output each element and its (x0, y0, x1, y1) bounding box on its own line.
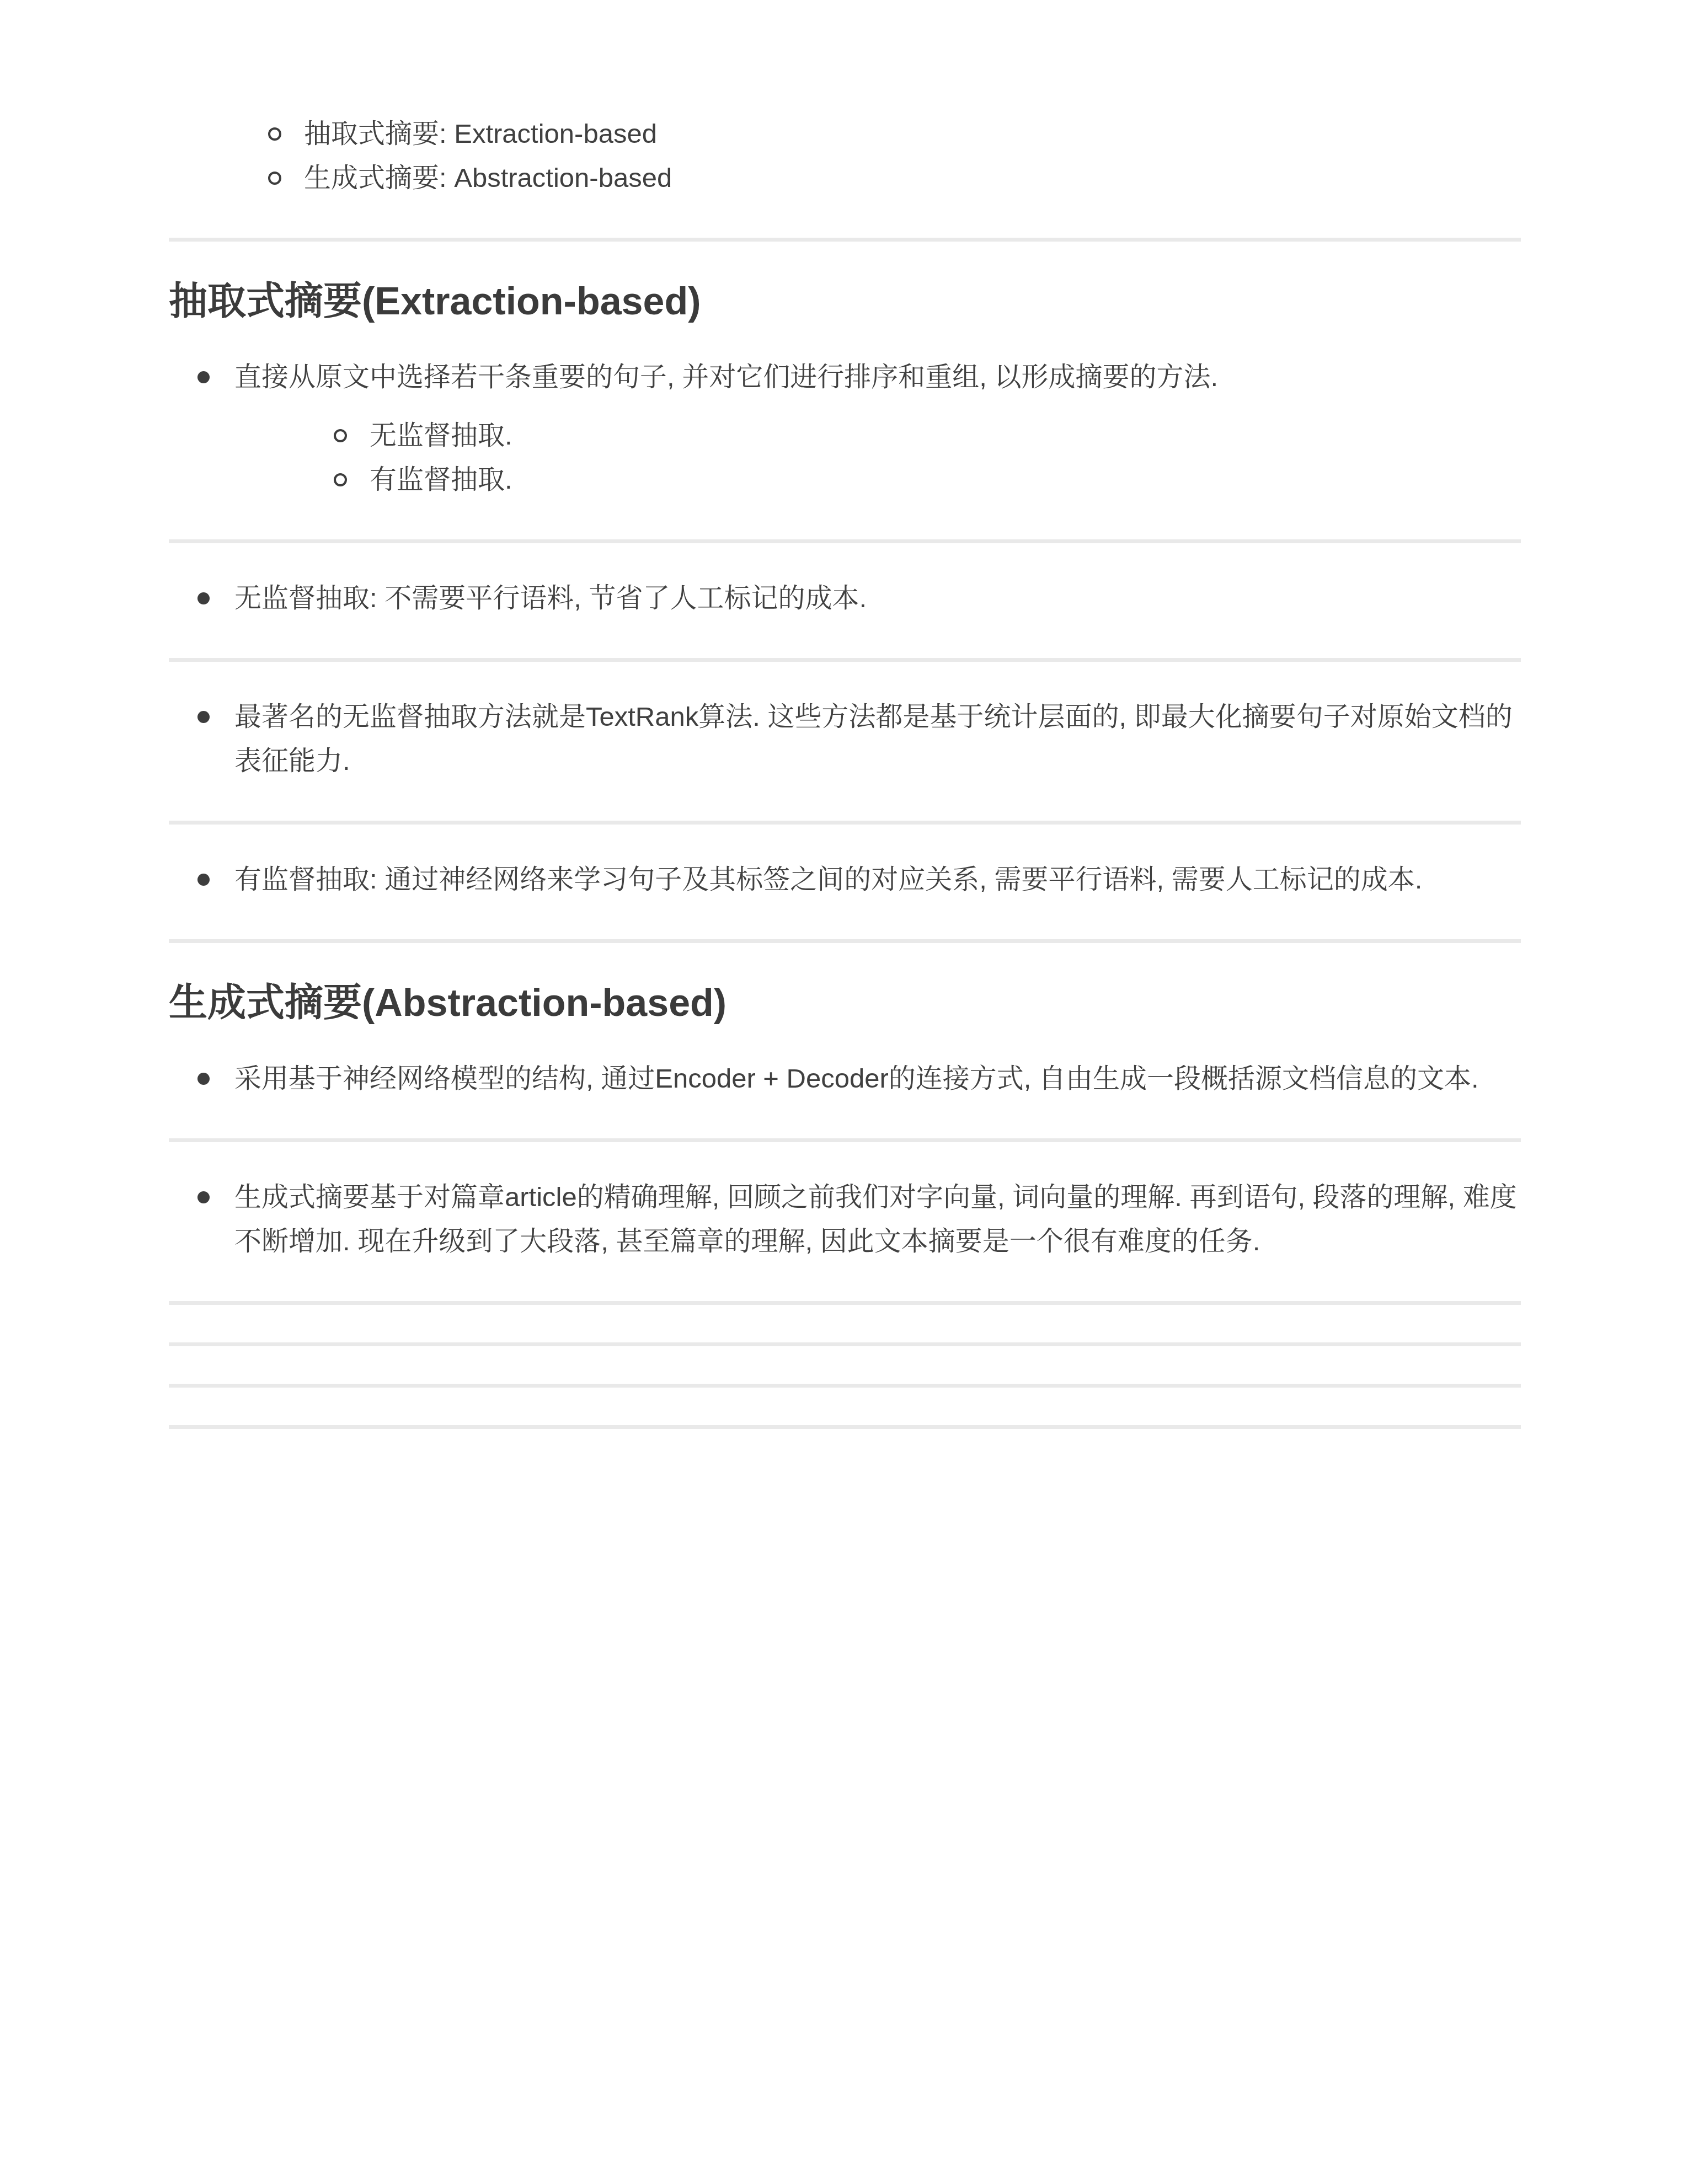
bullet-circle-icon (268, 127, 281, 141)
bullet-disc-icon (197, 711, 210, 723)
list-item-text: 生成式摘要基于对篇章article的精确理解, 回顾之前我们对字向量, 词向量的… (234, 1182, 1517, 1256)
list-item: 无监督抽取: 不需要平行语料, 节省了人工标记的成本. (169, 576, 1521, 620)
list-item: 有监督抽取: 通过神经网络来学习句子及其标签之间的对应关系, 需要平行语料, 需… (169, 858, 1521, 902)
list-item-text: 抽取式摘要: Extraction-based (304, 119, 657, 149)
bullet-circle-icon (268, 172, 281, 185)
list-item: 无监督抽取. (234, 414, 1521, 458)
divider (169, 821, 1521, 825)
divider (169, 539, 1521, 543)
list-item: 直接从原文中选择若干条重要的句子, 并对它们进行排序和重组, 以形成摘要的方法.… (169, 355, 1521, 502)
difficulty-point-list: 生成式摘要基于对篇章article的精确理解, 回顾之前我们对字向量, 词向量的… (169, 1175, 1521, 1264)
list-item-text: 无监督抽取: 不需要平行语料, 节省了人工标记的成本. (234, 584, 867, 613)
list-item-text: 有监督抽取: 通过神经网络来学习句子及其标签之间的对应关系, 需要平行语料, 需… (234, 865, 1422, 895)
section-heading-extraction: 抽取式摘要(Extraction-based) (169, 278, 1521, 324)
divider (169, 238, 1521, 242)
divider (169, 1138, 1521, 1142)
section-heading-abstraction: 生成式摘要(Abstraction-based) (169, 979, 1521, 1026)
divider (169, 939, 1521, 943)
list-item: 抽取式摘要: Extraction-based (169, 112, 1521, 156)
list-item: 生成式摘要基于对篇章article的精确理解, 回顾之前我们对字向量, 词向量的… (169, 1175, 1521, 1264)
divider (169, 1342, 1521, 1346)
extraction-sublist: 无监督抽取. 有监督抽取. (234, 414, 1521, 502)
list-item-text: 采用基于神经网络模型的结构, 通过Encoder + Decoder的连接方式,… (234, 1064, 1479, 1094)
list-item-text: 无监督抽取. (370, 421, 512, 451)
list-item: 生成式摘要: Abstraction-based (169, 156, 1521, 200)
bullet-disc-icon (197, 592, 210, 604)
intro-list: 抽取式摘要: Extraction-based 生成式摘要: Abstracti… (169, 112, 1521, 200)
article-body: 抽取式摘要: Extraction-based 生成式摘要: Abstracti… (0, 0, 1688, 2184)
textrank-point-list: 最著名的无监督抽取方法就是TextRank算法. 这些方法都是基于统计层面的, … (169, 695, 1521, 783)
list-item-text: 直接从原文中选择若干条重要的句子, 并对它们进行排序和重组, 以形成摘要的方法. (234, 362, 1218, 392)
list-item: 有监督抽取. (234, 458, 1521, 502)
bullet-disc-icon (197, 1073, 210, 1085)
encoder-decoder-point-list: 采用基于神经网络模型的结构, 通过Encoder + Decoder的连接方式,… (169, 1057, 1521, 1101)
bullet-disc-icon (197, 1191, 210, 1203)
supervised-point-list: 有监督抽取: 通过神经网络来学习句子及其标签之间的对应关系, 需要平行语料, 需… (169, 858, 1521, 902)
extraction-lead-list: 直接从原文中选择若干条重要的句子, 并对它们进行排序和重组, 以形成摘要的方法.… (169, 355, 1521, 502)
bullet-circle-icon (334, 473, 347, 486)
bullet-disc-icon (197, 874, 210, 886)
bullet-circle-icon (334, 429, 347, 442)
unsupervised-point-list: 无监督抽取: 不需要平行语料, 节省了人工标记的成本. (169, 576, 1521, 620)
divider (169, 658, 1521, 662)
bullet-disc-icon (197, 371, 210, 383)
divider (169, 1384, 1521, 1388)
list-item-text: 生成式摘要: Abstraction-based (304, 163, 672, 193)
list-item-text: 最著名的无监督抽取方法就是TextRank算法. 这些方法都是基于统计层面的, … (234, 702, 1513, 776)
list-item: 采用基于神经网络模型的结构, 通过Encoder + Decoder的连接方式,… (169, 1057, 1521, 1101)
divider (169, 1301, 1521, 1305)
divider (169, 1425, 1521, 1429)
list-item: 最著名的无监督抽取方法就是TextRank算法. 这些方法都是基于统计层面的, … (169, 695, 1521, 783)
list-item-text: 有监督抽取. (370, 465, 512, 495)
